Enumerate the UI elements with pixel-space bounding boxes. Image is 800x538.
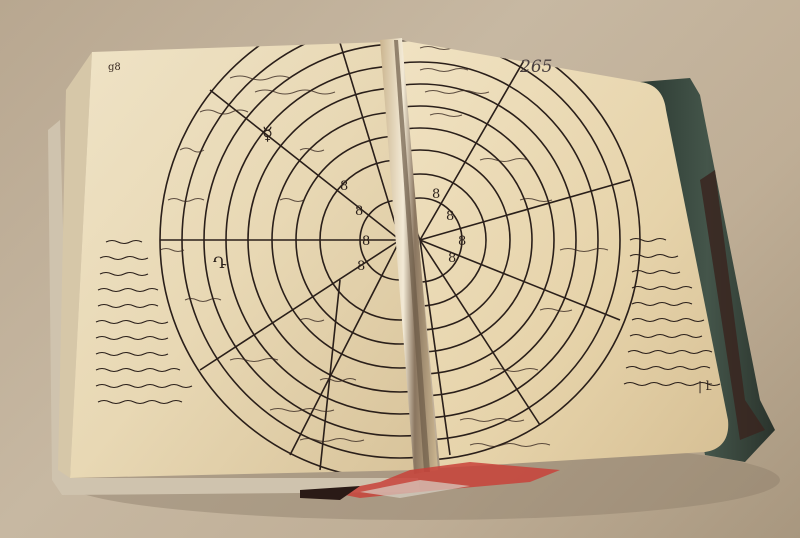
svg-text:8: 8 [448, 251, 456, 266]
svg-text:8: 8 [362, 234, 370, 249]
right-folio-number: 265 [519, 57, 552, 77]
svg-text:☿: ☿ [262, 124, 273, 145]
svg-text:8: 8 [446, 209, 454, 224]
svg-text:8: 8 [357, 259, 365, 274]
svg-text:8: 8 [458, 234, 466, 249]
svg-text:8: 8 [432, 187, 440, 202]
manuscript-illustration: Դ ☿ 8 8 8 8 [0, 0, 800, 538]
manuscript-photo: Դ ☿ 8 8 8 8 [0, 0, 800, 538]
right-margin-footer: | է [698, 379, 713, 393]
left-folio-mark: ց8 [108, 62, 121, 73]
svg-text:8: 8 [355, 204, 363, 219]
svg-text:Դ: Դ [213, 253, 227, 272]
svg-text:8: 8 [340, 179, 348, 194]
